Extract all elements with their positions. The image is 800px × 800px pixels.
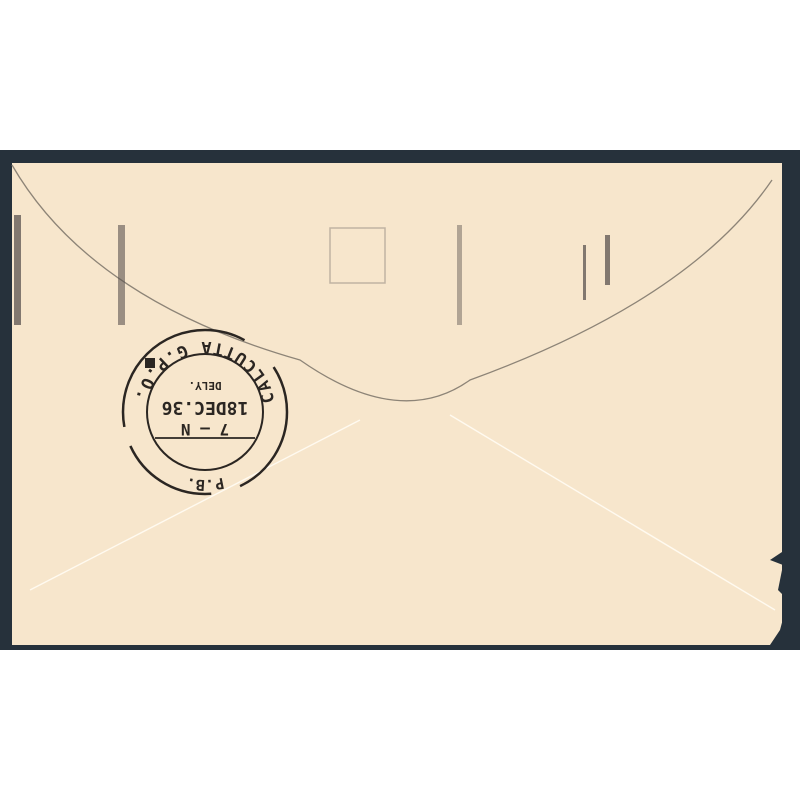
svg-text:P.B.: P.B. bbox=[184, 474, 225, 494]
flap-edge bbox=[12, 165, 772, 401]
envelope-artwork: CALCUTTA G.P.O. P.B. 7 — N 18DEC.36 DELY… bbox=[0, 0, 800, 800]
postmark: CALCUTTA G.P.O. P.B. 7 — N 18DEC.36 DELY… bbox=[123, 330, 287, 494]
svg-text:18DEC.36: 18DEC.36 bbox=[162, 397, 249, 418]
svg-text:7 — N: 7 — N bbox=[181, 420, 229, 439]
svg-text:DELY.: DELY. bbox=[188, 379, 221, 392]
